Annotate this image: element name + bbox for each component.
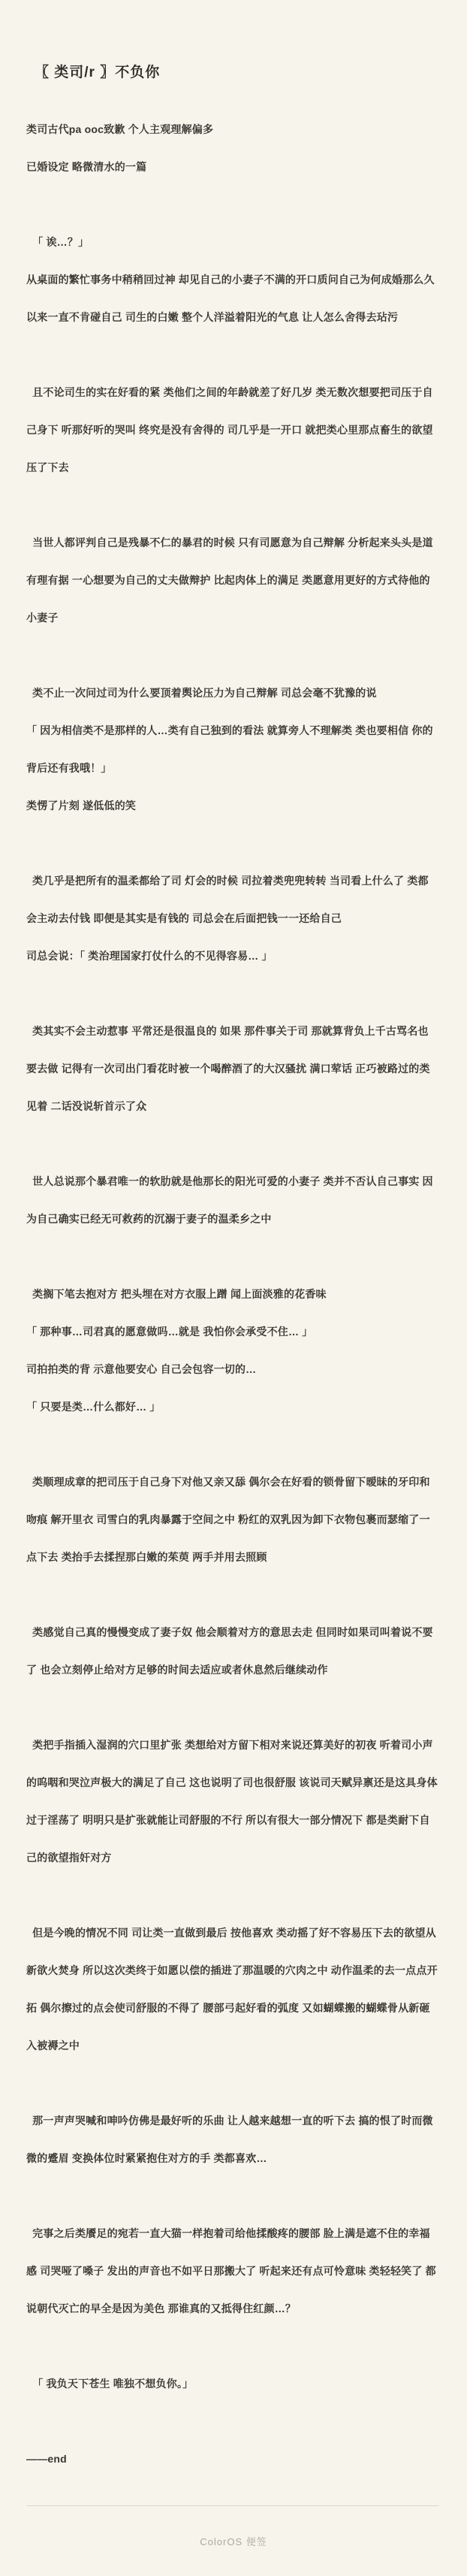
paragraph: 类搁下笔去抱对方 把头埋在对方衣服上蹭 闻上面淡雅的花香味「 那种事…司君真的愿… (0, 1275, 467, 1426)
text-line: 类顺理成章的把司压于自己身下对他又亲又舔 偶尔会在好看的锁骨留下暧昧的牙印和 (0, 1463, 467, 1501)
end-paragraph: ——end (0, 2440, 467, 2478)
text-line: 司拍拍类的背 示意他要安心 自己会包容一切的… (0, 1350, 467, 1388)
text-line: 点下去 类抬手去揉捏那白嫩的茱萸 两手并用去照顾 (0, 1538, 467, 1576)
text-line: 新欲火焚身 所以这次类终于如愿以偿的插进了那温暖的穴肉之中 动作温柔的去一点点开 (0, 1952, 467, 1989)
paragraph: 类其实不会主动惹事 平常还是很温良的 如果 那件事关于司 那就算背负上千古骂名也… (0, 1012, 467, 1125)
app-watermark: ColorOS 便签 (0, 2535, 467, 2550)
text-line: 为自己确实已经无可救药的沉溺于妻子的温柔乡之中 (0, 1200, 467, 1238)
note-title: 〖 类司/r 〗不负你 (35, 62, 467, 84)
note-share-card: 〖 类司/r 〗不负你 类司古代pa ooc致歉 个人主观理解偏多已婚设定 略微… (0, 0, 467, 2576)
paragraph: 世人总说那个暴君唯一的软肋就是他那长的阳光可爱的小妻子 类并不否认自己事实 因为… (0, 1163, 467, 1238)
text-line: 「 那种事…司君真的愿意做吗…就是 我怕你会承受不住… 」 (0, 1313, 467, 1350)
text-line: 要去做 记得有一次司出门看花时被一个喝醉酒了的大汉骚扰 满口荤话 正巧被路过的类 (0, 1050, 467, 1087)
paragraph: 「 诶…？」从桌面的繁忙事务中稍稍回过神 却见自己的小妻子不满的开口质问自己为何… (0, 223, 467, 336)
text-line: 类不止一次问过司为什么要顶着舆论压力为自己辩解 司总会毫不犹豫的说 (0, 674, 467, 712)
text-line: 当世人都评判自己是残暴不仁的暴君的时候 只有司愿意为自己辩解 分析起来头头是道 (0, 524, 467, 561)
text-line: 世人总说那个暴君唯一的软肋就是他那长的阳光可爱的小妻子 类并不否认自己事实 因 (0, 1163, 467, 1200)
text-line: 完事之后类餍足的宛若一直大猫一样抱着司给他揉酸疼的腰部 脸上满是遮不住的幸福 (0, 2215, 467, 2252)
text-line: 说朝代灭亡的早全是因为美色 那谁真的又抵得住红颜…？ (0, 2290, 467, 2327)
text-line: 「 诶…？」 (0, 223, 467, 261)
text-line: 的呜咽和哭泣声极大的满足了自己 这也说明了司也很舒服 该说司天赋异禀还是这具身体 (0, 1764, 467, 1801)
text-line: 那一声声哭喊和呻吟仿佛是最好听的乐曲 让人越来越想一直的听下去 搞的恨了时而微 (0, 2102, 467, 2139)
paragraph: 类把手指插入湿润的穴口里扩张 类想给对方留下相对来说还算美好的初夜 听着司小声的… (0, 1726, 467, 1876)
text-line: 了 也会立刻停止给对方足够的时间去适应或者休息然后继续动作 (0, 1651, 467, 1689)
text-line: 己身下 听那好听的哭叫 终究是没有舍得的 司几乎是一开口 就把类心里那点畜生的欲… (0, 411, 467, 449)
text-line: 且不论司生的实在好看的紧 类他们之间的年龄就差了好几岁 类无数次想要把司压于自 (0, 373, 467, 411)
text-line: 有理有据 一心想要为自己的丈夫做辩护 比起肉体上的满足 类愿意用更好的方式待他的 (0, 561, 467, 599)
paragraph: 那一声声哭喊和呻吟仿佛是最好听的乐曲 让人越来越想一直的听下去 搞的恨了时而微微… (0, 2102, 467, 2177)
text-line: 过于淫荡了 明明只是扩张就能让司舒服的不行 所以有很大一部分情况下 都是类耐下自 (0, 1801, 467, 1839)
text-line: 吻痕 解开里衣 司雪白的乳肉暴露于空间之中 粉红的双乳因为卸下衣物包裹而瑟缩了一 (0, 1501, 467, 1538)
text-line: 类愣了片刻 遂低低的笑 (0, 787, 467, 824)
text-line: 见着 二话没说斩首示了众 (0, 1087, 467, 1125)
text-line: 「 因为相信类不是那样的人…类有自己独到的看法 就算旁人不理解类 类也要相信 你… (0, 712, 467, 749)
paragraph: 类顺理成章的把司压于自己身下对他又亲又舔 偶尔会在好看的锁骨留下暧昧的牙印和吻痕… (0, 1463, 467, 1576)
end-mark: ——end (0, 2440, 467, 2478)
paragraph: 类不止一次问过司为什么要顶着舆论压力为自己辩解 司总会毫不犹豫的说「 因为相信类… (0, 674, 467, 824)
text-line: 从桌面的繁忙事务中稍稍回过神 却见自己的小妻子不满的开口质问自己为何成婚那么久 (0, 261, 467, 298)
text-line: 小妻子 (0, 599, 467, 636)
text-line: 压了下去 (0, 449, 467, 486)
text-line: 己的欲望指奸对方 (0, 1839, 467, 1876)
text-line: 「 只要是类…什么都好… 」 (0, 1388, 467, 1426)
text-line: 背后还有我哦！」 (0, 749, 467, 787)
text-line: 司总会说：「 类治理国家打仗什么的不见得容易… 」 (0, 937, 467, 975)
text-line: 入被褥之中 (0, 2027, 467, 2064)
text-line: 类几乎是把所有的温柔都给了司 灯会的时候 司拉着类兜兜转转 当司看上什么了 类都 (0, 862, 467, 899)
paragraph: 「 我负天下苍生 唯独不想负你。」 (0, 2365, 467, 2402)
text-line: 类感觉自己真的慢慢变成了妻子奴 他会顺着对方的意思去走 但同时如果司叫着说不要 (0, 1613, 467, 1651)
text-line: 微的蹙眉 变换体位时紧紧抱住对方的手 类都喜欢… (0, 2139, 467, 2177)
paragraph: 但是今晚的情况不同 司让类一直做到最后 按他喜欢 类动摇了好不容易压下去的欲望从… (0, 1914, 467, 2064)
paragraph: 类感觉自己真的慢慢变成了妻子奴 他会顺着对方的意思去走 但同时如果司叫着说不要了… (0, 1613, 467, 1689)
note-meta: 类司古代pa ooc致歉 个人主观理解偏多已婚设定 略微清水的一篇 (0, 110, 467, 186)
text-line: 会主动去付钱 即便是其实是有钱的 司总会在后面把钱一一还给自己 (0, 899, 467, 937)
paragraph: 当世人都评判自己是残暴不仁的暴君的时候 只有司愿意为自己辩解 分析起来头头是道有… (0, 524, 467, 636)
text-line: 以来一直不肯碰自己 司生的白嫩 整个人洋溢着阳光的气息 让人怎么舍得去玷污 (0, 298, 467, 336)
text-line: 「 我负天下苍生 唯独不想负你。」 (0, 2365, 467, 2402)
footer-divider (27, 2505, 438, 2506)
paragraph: 类几乎是把所有的温柔都给了司 灯会的时候 司拉着类兜兜转转 当司看上什么了 类都… (0, 862, 467, 975)
text-line: 类把手指插入湿润的穴口里扩张 类想给对方留下相对来说还算美好的初夜 听着司小声 (0, 1726, 467, 1764)
text-line: 但是今晚的情况不同 司让类一直做到最后 按他喜欢 类动摇了好不容易压下去的欲望从 (0, 1914, 467, 1952)
text-line: 类搁下笔去抱对方 把头埋在对方衣服上蹭 闻上面淡雅的花香味 (0, 1275, 467, 1313)
paragraph: 且不论司生的实在好看的紧 类他们之间的年龄就差了好几岁 类无数次想要把司压于自己… (0, 373, 467, 486)
note-body: 「 诶…？」从桌面的繁忙事务中稍稍回过神 却见自己的小妻子不满的开口质问自己为何… (0, 223, 467, 2402)
text-line: 拓 偶尔擦过的点会使司舒服的不得了 腰部弓起好看的弧度 又如蝴蝶搬的蝴蝶骨从新砸 (0, 1989, 467, 2027)
text-line: 已婚设定 略微清水的一篇 (0, 148, 467, 186)
text-line: 感 司哭哑了嗓子 发出的声音也不如平日那搬大了 听起来还有点可怜意味 类轻轻笑了… (0, 2252, 467, 2290)
text-line: 类司古代pa ooc致歉 个人主观理解偏多 (0, 110, 467, 148)
text-line: 类其实不会主动惹事 平常还是很温良的 如果 那件事关于司 那就算背负上千古骂名也 (0, 1012, 467, 1050)
paragraph: 完事之后类餍足的宛若一直大猫一样抱着司给他揉酸疼的腰部 脸上满是遮不住的幸福感 … (0, 2215, 467, 2327)
